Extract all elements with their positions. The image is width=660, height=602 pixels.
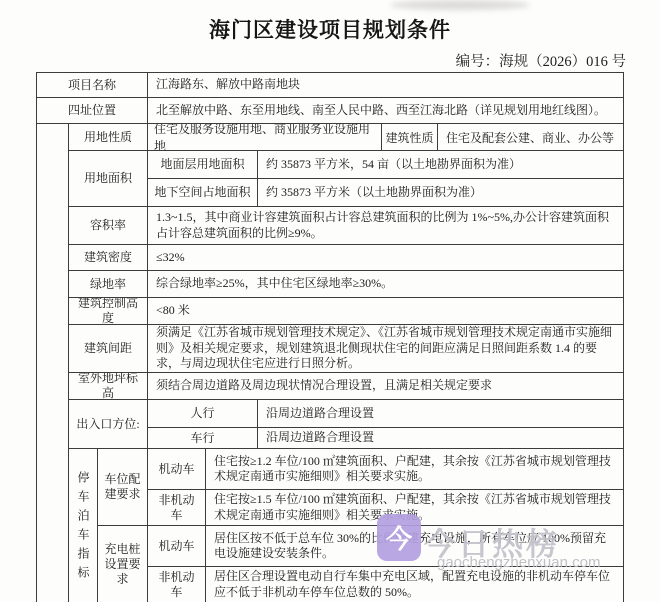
value-charging-motor: 居住区按不低于总车位 30%的比例配建充电设施，所有车位应 100%预留充电设施… bbox=[206, 526, 624, 567]
label-underground-area: 地下空间占地面积 bbox=[148, 179, 258, 207]
label-parking-index: 停车泊车指标 bbox=[69, 449, 98, 602]
label-project-name: 项目名称 bbox=[37, 73, 148, 98]
label-quota-nonmotor: 非机动车 bbox=[148, 490, 206, 526]
label-entrance-vehicle: 车行 bbox=[148, 428, 258, 449]
value-green-ratio: 综合绿地率≥25%，其中住宅区绿地率≥30%。 bbox=[148, 271, 624, 298]
value-quota-motor: 住宅按≥1.2 车位/100 ㎡建筑面积、户配建，其余按《江苏省城市规划管理技术… bbox=[206, 449, 624, 490]
label-ground-area: 地面层用地面积 bbox=[148, 151, 258, 179]
label-density: 建筑密度 bbox=[69, 245, 148, 271]
value-density: ≤32% bbox=[148, 245, 624, 271]
scan-artifact bbox=[390, 0, 530, 10]
doc-number: 编号：海规（2026）016 号 bbox=[456, 50, 626, 71]
parking-index-vertical-text: 停车泊车指标 bbox=[77, 467, 89, 585]
label-building-use: 建筑性质 bbox=[381, 124, 438, 150]
row-land-use: 住宅及服务设施用地、商业服务业设施用地 建筑性质 住宅及配套公建、商业、办公等 bbox=[148, 124, 624, 151]
value-building-spacing: 须满足《江苏省城市规划管理技术规定》、《江苏省城市规划管理技术规定南通市实施细则… bbox=[148, 325, 624, 373]
label-charging-motor: 机动车 bbox=[148, 526, 206, 567]
label-height-limit: 建筑控制高度 bbox=[69, 298, 148, 325]
label-parking-quota: 车位配建要求 bbox=[98, 449, 148, 526]
label-charging-req: 充电桩设置要求 bbox=[98, 526, 148, 602]
label-entrance-pedestrian: 人行 bbox=[148, 400, 258, 428]
document-page: 海门区建设项目规划条件 编号：海规（2026）016 号 项目名称 江海路东、解… bbox=[0, 0, 660, 602]
label-building-spacing: 建筑间距 bbox=[69, 325, 148, 373]
value-ground-area: 约 35873 平方米，54 亩（以土地勘界面积为准） bbox=[258, 151, 624, 179]
value-land-use: 住宅及服务设施用地、商业服务业设施用地 bbox=[148, 124, 381, 150]
value-quota-nonmotor: 住宅按≥1.5 车位/100 ㎡建筑面积、户配建，其余按《江苏省城市规划管理技术… bbox=[206, 490, 624, 526]
label-land-area: 用地面积 bbox=[69, 151, 148, 207]
left-spanning-column bbox=[37, 124, 69, 602]
value-project-name: 江海路东、解放中路南地块 bbox=[148, 73, 624, 98]
label-land-use: 用地性质 bbox=[69, 124, 148, 151]
label-green-ratio: 绿地率 bbox=[69, 271, 148, 298]
value-location: 北至解放中路、东至用地线、南至人民中路、西至江海北路（详见规划用地红线图）。 bbox=[148, 98, 624, 124]
page-title: 海门区建设项目规划条件 bbox=[0, 14, 660, 44]
planning-conditions-table: 项目名称 江海路东、解放中路南地块 四址位置 北至解放中路、东至用地线、南至人民… bbox=[36, 72, 624, 602]
label-ground-elevation: 室外地坪标高 bbox=[69, 373, 148, 400]
label-location: 四址位置 bbox=[37, 98, 148, 124]
value-entrance-pedestrian: 沿周边道路合理设置 bbox=[258, 400, 624, 428]
label-charging-nonmotor: 非机动车 bbox=[148, 567, 206, 602]
value-entrance-vehicle: 沿周边道路合理设置 bbox=[258, 428, 624, 449]
label-entrance: 出入口方位: bbox=[69, 400, 148, 449]
label-quota-motor: 机动车 bbox=[148, 449, 206, 490]
value-charging-nonmotor: 居住区合理设置电动自行车集中充电区域，配置充电设施的非机动车停车位应不低于非机动… bbox=[206, 567, 624, 602]
label-plot-ratio: 容积率 bbox=[69, 207, 148, 245]
value-plot-ratio: 1.3~1.5，其中商业计容建筑面积占计容总建筑面积的比例为 1%~5%,办公计… bbox=[148, 207, 624, 245]
value-ground-elevation: 须结合周边道路及周边现状情况合理设置，且满足相关规定要求 bbox=[148, 373, 624, 400]
value-height-limit: <80 米 bbox=[148, 298, 624, 325]
value-underground-area: 约 35873 平方米（以土地勘界面积为准） bbox=[258, 179, 624, 207]
value-building-use: 住宅及配套公建、商业、办公等 bbox=[438, 124, 623, 150]
